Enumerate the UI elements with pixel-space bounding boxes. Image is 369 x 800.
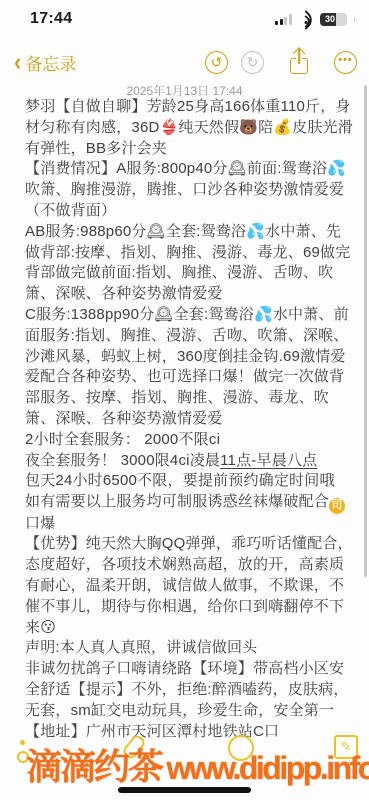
back-button[interactable]: ‹ 备忘录	[14, 50, 76, 75]
nav-bar: ‹ 备忘录 ↺ ↻ •••	[0, 44, 369, 80]
note-paragraph: 【优势】纯天然大胸QQ弹弹，乖巧听话懂配合，态度超好，各项技术娴熟高超，放的开，…	[25, 534, 356, 638]
status-icons: 30	[275, 13, 355, 26]
note-paragraph: 非诚勿扰鸽子口嗨请绕路【环境】带高档小区安全舒适【提示】不外，拒绝:醉酒嗑药，皮…	[25, 659, 356, 742]
watermark-url: www.didipp.info	[166, 750, 369, 786]
note-editor[interactable]: 梦羽【自做自聊】芳龄25身高166体重110斤，身材匀称有肉感，36D👙纯天然假…	[25, 97, 356, 742]
battery-percent: 30	[320, 13, 341, 26]
watermark-brand: 滴滴约茶	[26, 746, 162, 787]
si-badge-icon: 司	[329, 498, 345, 514]
note-paragraph: 声明:本人真人真照，讲诚信做回头	[25, 638, 356, 659]
scrollbar[interactable]	[364, 85, 367, 577]
note-paragraph: C服务:1388pp90分🕰全套:鸳鸯浴💦水中萧、前面服务:指划、胸推、漫游、舌…	[25, 305, 356, 430]
watermark-dot-icon	[20, 740, 25, 745]
status-bar: 17:44 30	[0, 0, 369, 32]
night-service-text: 夜全套服务！ 3000限4ci凌晨	[25, 452, 220, 469]
note-paragraph: 【消费情况】A服务:800p40分🕰前面:鸳鸯浴💦吹箫、胸推漫游，腾推、口沙各种…	[25, 159, 356, 221]
note-paragraph: 梦羽【自做自聊】芳龄25身高166体重110斤，身材匀称有肉感，36D👙纯天然假…	[25, 97, 356, 159]
undo-button[interactable]: ↺	[205, 51, 228, 74]
wifi-icon	[298, 13, 314, 25]
undo-icon: ↺	[211, 55, 223, 69]
note-paragraph: AB服务:988p60分🕰全套:鸳鸯浴💦水中萧、先做背部:按摩、指划、胸推、漫游…	[25, 222, 356, 305]
redo-icon: ↻	[247, 55, 259, 69]
note-paragraph: 如有需要以上服务均可制服诱惑丝袜爆破配合司口爆	[25, 492, 356, 534]
note-paragraph: 包天24小时6500不限，要提前预约确定时间哦	[25, 471, 356, 492]
home-indicator[interactable]	[118, 787, 251, 793]
cellular-signal-icon	[275, 14, 292, 25]
nav-actions: ↺ ↻ •••	[205, 49, 357, 75]
redo-button[interactable]: ↻	[241, 51, 264, 74]
share-button[interactable]	[288, 49, 310, 75]
night-service-hours: 11点-早晨八点	[220, 452, 317, 469]
chevron-left-icon: ‹	[14, 49, 21, 74]
more-button[interactable]: •••	[334, 51, 357, 74]
watermark: ✎ 滴滴约茶 www.didipp.info	[0, 735, 369, 793]
more-icon: •••	[338, 55, 353, 70]
battery-nub	[354, 17, 356, 21]
watermark-text: 滴滴约茶 www.didipp.info	[26, 739, 369, 790]
note-paragraph: 夜全套服务！ 3000限4ci凌晨11点-早晨八点	[25, 451, 356, 472]
back-label: 备忘录	[25, 50, 76, 75]
status-time: 17:44	[30, 10, 72, 28]
note-paragraph: 2小时全套服务： 2000不限ci	[25, 430, 356, 451]
battery-icon: 30	[320, 13, 347, 26]
